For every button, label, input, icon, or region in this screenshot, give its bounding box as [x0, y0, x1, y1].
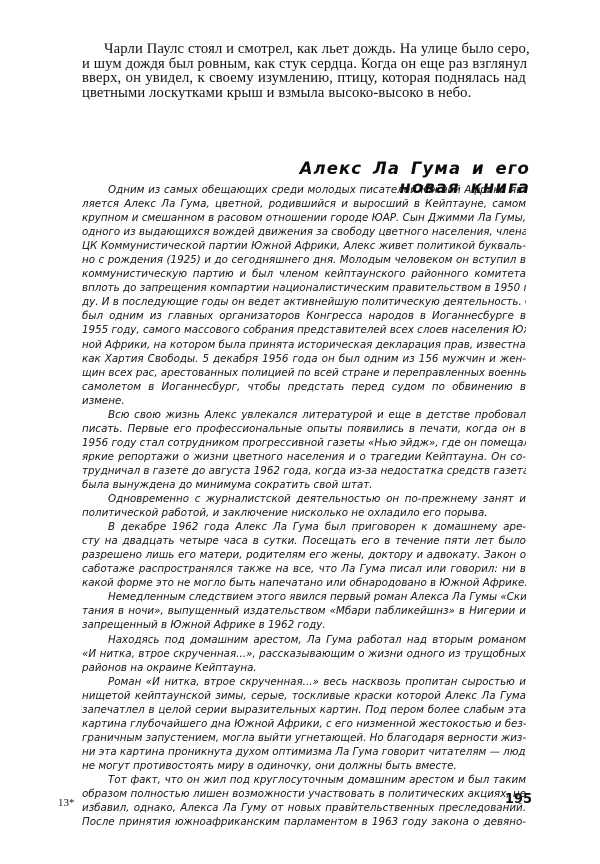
text-line: районов на окраине Кейптауна.	[82, 661, 526, 675]
text-line: коммунистическую партию и был членом кей…	[82, 267, 526, 281]
text-line: разрешено лишь его матери, родителям его…	[82, 548, 526, 562]
text-line: ЦК Коммунистической партии Южной Африки,…	[82, 239, 526, 253]
text-line: Немедленным следствием этого явился перв…	[82, 590, 526, 604]
text-line: трудничал в газете до августа 1962 года,…	[82, 464, 526, 478]
text-line: яркие репортажи о жизни цветного населен…	[82, 450, 526, 464]
text-line: самолетом в Иоганнесбург, чтобы предстат…	[82, 380, 526, 394]
text-line: нищетой кейптаунской зимы, серые, тоскли…	[82, 689, 526, 703]
text-line: писать. Первые его профессиональные опыт…	[82, 422, 526, 436]
text-line: сту на двадцать четыре часа в сутки. Пос…	[82, 534, 526, 548]
text-line: Роман «И нитка, втрое скрученная...» вес…	[82, 675, 526, 689]
text-line: вплоть до запрещения компартии национали…	[82, 281, 526, 295]
text-line: Тот факт, что он жил под круглосуточным …	[82, 773, 526, 787]
text-line: ни эта картина проникнута духом оптимизм…	[82, 745, 526, 759]
text-line: Одновременно с журналистской деятельност…	[82, 492, 526, 506]
text-line: саботаже распространялся также на все, ч…	[82, 562, 526, 576]
text-line: ной Африки, на котором была принята исто…	[82, 338, 526, 352]
story-ending-paragraph: Чарли Паулс стоял и смотрел, как льет до…	[82, 42, 526, 100]
text-line: После принятия южноафриканским парламент…	[82, 815, 526, 829]
text-line: ляется Алекс Ла Гума, цветной, родившийс…	[82, 197, 526, 211]
text-line: не могут противостоять миру в одиночку, …	[82, 759, 526, 773]
text-line: образом полностью лишен возможности учас…	[82, 787, 526, 801]
text-line: политической работой, и заключение ниско…	[82, 506, 526, 520]
book-page: Чарли Паулс стоял и смотрел, как льет до…	[0, 0, 600, 864]
page-number: 195	[496, 792, 532, 807]
text-line: был одним из главных организаторов Конгр…	[82, 309, 526, 323]
text-line: Всю свою жизнь Алекс увлекался литератур…	[82, 408, 526, 422]
text-line: 1956 году стал сотрудником прогрессивной…	[82, 436, 526, 450]
text-line: была вынуждена до минимума сократить сво…	[82, 478, 526, 492]
text-line: крупном и смешанном в расовом отношении …	[82, 211, 526, 225]
text-line: и шум дождя был ровным, как стук сердца.…	[82, 57, 526, 72]
text-line: запечатлел в целой серии выразительных к…	[82, 703, 526, 717]
text-line: но с рождения (1925) и до сегодняшнего д…	[82, 253, 526, 267]
text-line: «И нитка, втрое скрученная...», рассказы…	[82, 647, 526, 661]
text-line: Находясь под домашним арестом, Ла Гума р…	[82, 633, 526, 647]
text-line: как Хартия Свободы. 5 декабря 1956 года …	[82, 352, 526, 366]
text-line: ду. И в последующие годы он ведет активн…	[82, 295, 526, 309]
text-line: измене.	[82, 394, 526, 408]
text-line: Чарли Паулс стоял и смотрел, как льет до…	[82, 42, 526, 57]
text-line: В декабре 1962 года Алекс Ла Гума был пр…	[82, 520, 526, 534]
printer-signature-mark: 13*	[58, 797, 75, 809]
text-line: Одним из самых обещающих среди молодых п…	[82, 183, 526, 197]
text-line: щин всех рас, арестованных полицией по в…	[82, 366, 526, 380]
text-line: избавил, однако, Алекса Ла Гуму от новых…	[82, 801, 526, 815]
text-line: 1955 году, самого массового собрания пре…	[82, 323, 526, 337]
text-line: какой форме это не могло быть напечатано…	[82, 576, 526, 590]
text-line: цветными лоскутками крыш и взмыла высоко…	[82, 86, 526, 101]
text-line: вверх, он увидел, к своему изумлению, пт…	[82, 71, 526, 86]
text-line: запрещенный в Южной Африке в 1962 году.	[82, 618, 526, 632]
text-line: одного из выдающихся вождей движения за …	[82, 225, 526, 239]
text-line: граничным запустением, могла выйти угнет…	[82, 731, 526, 745]
article-body: Одним из самых обещающих среди молодых п…	[82, 183, 526, 829]
print-speck	[353, 802, 355, 804]
text-line: картина глубочайшего дна Южной Африки, с…	[82, 717, 526, 731]
text-line: тания в ночи», выпущенный издательством …	[82, 604, 526, 618]
